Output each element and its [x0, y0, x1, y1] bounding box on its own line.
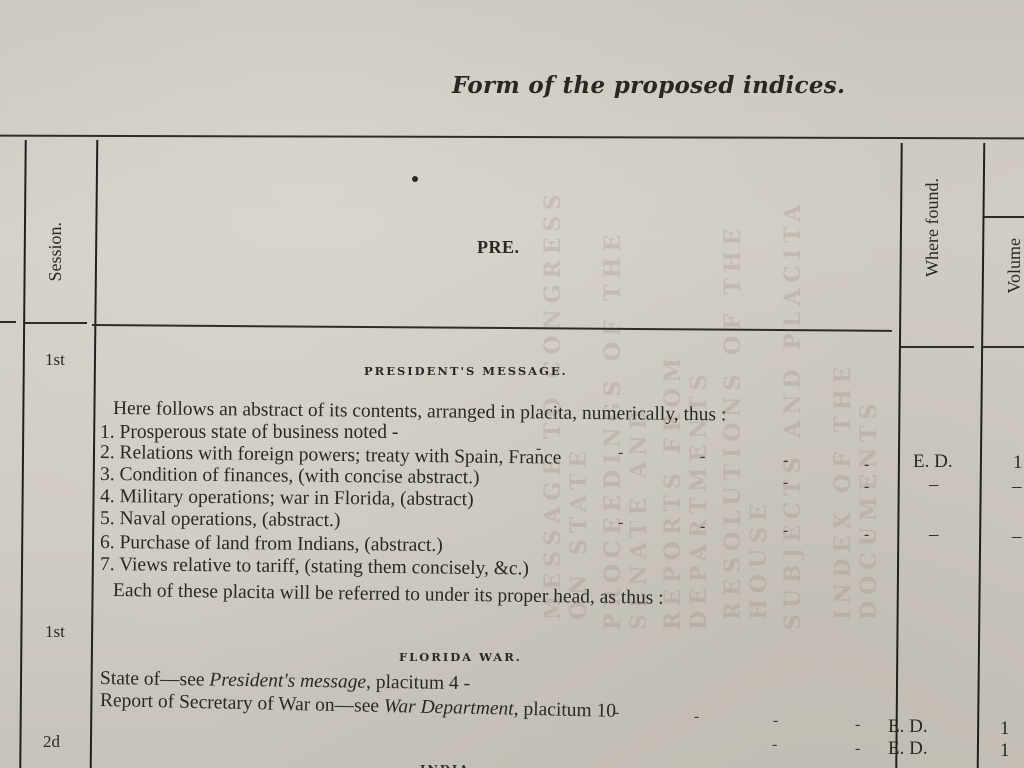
page-title: Form of the proposed indices.: [452, 72, 845, 99]
show-through-text: PROCEEDINGS OF THE SENATE AND: [600, 150, 652, 630]
leader-dash: -: [855, 740, 860, 758]
where-found-column-header: Where found.: [922, 178, 943, 277]
entry-reference: President's message: [209, 670, 366, 693]
header-bottom-rule: [25, 322, 87, 324]
leader-dash: -: [864, 526, 869, 544]
table-top-rule: [0, 135, 1024, 140]
leader-dash: -: [618, 444, 623, 462]
list-item: 4. Military operations; war in Florida, …: [100, 486, 474, 511]
column-divider: [90, 140, 99, 768]
leader-dash: -: [694, 708, 699, 726]
show-through-text: MESSAGE TO CONGRESS ON STATE: [540, 140, 592, 620]
item-text: Purchase of land from Indians, (abstract…: [119, 532, 442, 556]
where-found-value: E. D.: [913, 451, 953, 473]
item-text: Condition of finances, (with concise abs…: [119, 464, 479, 488]
item-text: Military operations; war in Florida, (ab…: [119, 486, 473, 510]
item-number: 7.: [100, 554, 115, 575]
leader-dash: -: [783, 452, 788, 470]
list-item: 5. Naval operations, (abstract.): [100, 508, 341, 532]
where-found-value: –: [929, 474, 939, 496]
leader-dash: -: [618, 514, 623, 532]
section-heading: FLORIDA WAR.: [399, 650, 522, 664]
show-through-text: REPORTS FROM DEPARTMENTS: [660, 130, 712, 630]
item-number: 2.: [100, 442, 115, 463]
where-found-value: E. D.: [888, 716, 928, 738]
column-divider: [895, 143, 902, 768]
volume-value: –: [1012, 476, 1022, 498]
where-found-value: E. D.: [888, 738, 928, 760]
leader-dash: -: [864, 456, 869, 474]
show-through-text: SUBJECTS AND PLACITA: [780, 150, 806, 630]
list-item: 7. Views relative to tariff, (stating th…: [100, 554, 529, 580]
leader-dash: -: [700, 448, 705, 466]
session-value: 1st: [45, 622, 65, 642]
session-column-header: Session.: [45, 222, 66, 282]
section-heading: PRESIDENT'S MESSAGE.: [364, 364, 568, 378]
entry-reference: War Department: [384, 696, 514, 720]
column-divider: [19, 140, 26, 768]
item-number: 6.: [100, 532, 115, 553]
show-through-text: RESOLUTIONS OF THE HOUSE: [720, 140, 772, 620]
column-divider: [977, 143, 986, 768]
list-item: 6. Purchase of land from Indians, (abstr…: [100, 532, 443, 557]
volume-column-header: Volume: [1004, 238, 1024, 294]
item-number: 4.: [100, 486, 115, 507]
session-value: 2d: [43, 732, 60, 752]
item-number: 5.: [100, 508, 115, 529]
header-bottom-rule: [982, 346, 1024, 348]
printer-dot: [412, 176, 418, 182]
list-item: 1. Prosperous state of business noted -: [100, 422, 398, 444]
volume-value: 1: [1013, 452, 1023, 474]
leader-dash: -: [864, 478, 869, 496]
item-number: 1.: [100, 422, 115, 443]
index-entry: Report of Secretary of War on—see War De…: [100, 690, 617, 723]
show-through-text: INDEX OF THE DOCUMENTS: [830, 140, 882, 620]
session-value: 1st: [45, 350, 65, 370]
leader-dash: -: [783, 522, 788, 540]
leader-dash: -: [700, 518, 705, 536]
leader-dash: -: [772, 736, 777, 754]
leader-dash: -: [855, 716, 860, 734]
where-found-value: –: [929, 524, 939, 546]
volume-value: 1: [1000, 740, 1010, 762]
item-text: Prosperous state of business noted -: [120, 422, 399, 443]
header-bottom-rule: [0, 321, 16, 323]
leader-dash: -: [783, 474, 788, 492]
item-text: Naval operations, (abstract.): [119, 508, 340, 531]
header-bottom-rule: [984, 216, 1024, 218]
leader-dash: -: [614, 704, 619, 722]
item-text: Views relative to tariff, (stating them …: [119, 554, 529, 579]
next-section-heading-partial: INDIA...: [420, 762, 488, 768]
leader-dash: -: [536, 440, 541, 458]
leader-dash: -: [773, 712, 778, 730]
header-bottom-rule: [900, 346, 974, 348]
volume-value: –: [1012, 526, 1022, 548]
item-number: 3.: [100, 464, 115, 485]
main-column-header: PRE.: [477, 237, 520, 258]
volume-value: 1: [1000, 718, 1010, 740]
